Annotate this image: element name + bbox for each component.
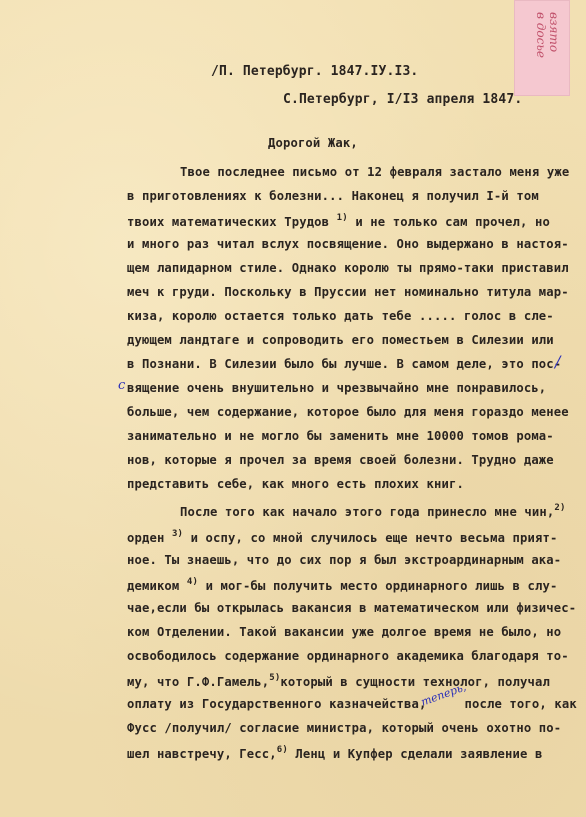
text-segment: оплату из Государственного казначейства, bbox=[127, 697, 427, 711]
text-line: вящение очень внушительно и чрезвычайно … bbox=[127, 381, 546, 395]
handwritten-correction: с bbox=[118, 378, 125, 393]
text-line: твоих математических Трудов 1) и не толь… bbox=[127, 213, 550, 229]
text-line: орден 3) и оспу, со мной случилось еще н… bbox=[127, 529, 557, 545]
footnote-ref: 4) bbox=[187, 577, 198, 587]
text-line: в приготовлениях к болезни... Наконец я … bbox=[127, 189, 539, 203]
text-segment: Ленц и Купфер сделали заявление в bbox=[295, 747, 542, 761]
text-line: нов, которые я прочел за время своей бол… bbox=[127, 453, 554, 467]
text-segment: шел навстречу, Гесс, bbox=[127, 747, 277, 761]
text-line: оплату из Государственного казначейства,… bbox=[127, 697, 577, 711]
text-line: После того как начало этого года принесл… bbox=[180, 503, 566, 519]
footnote-ref: 2) bbox=[554, 503, 565, 513]
text-line: в Познани. В Силезии было бы лучше. В са… bbox=[127, 357, 561, 371]
text-line: дующем ландтаге и сопроводить его помест… bbox=[127, 333, 554, 347]
text-line: киза, королю остается только дать тебе .… bbox=[127, 309, 554, 323]
text-segment: и оспу, со мной случилось еще нечто весь… bbox=[191, 531, 558, 545]
text-line: Фусс /получил/ согласие министра, которы… bbox=[127, 721, 561, 735]
footnote-ref: 3) bbox=[172, 529, 183, 539]
text-segment: После того как начало этого года принесл… bbox=[180, 505, 554, 519]
text-line: шел навстречу, Гесс,6) Ленц и Купфер сде… bbox=[127, 745, 542, 761]
text-line: меч к груди. Поскольку в Пруссии нет ном… bbox=[127, 285, 569, 299]
text-line: ком Отделении. Такой вакансии уже долгое… bbox=[127, 625, 561, 639]
footnote-ref: 5) bbox=[269, 673, 280, 683]
text-segment: орден bbox=[127, 531, 164, 545]
text-segment: и не только сам прочел, но bbox=[355, 215, 550, 229]
document-page: взято в досье /П. Петербург. 1847.IУ.I3.… bbox=[0, 0, 586, 817]
footnote-ref: 1) bbox=[337, 213, 348, 223]
text-segment: и мог-бы получить место ординарного лишь… bbox=[206, 579, 558, 593]
salutation: Дорогой Жак, bbox=[268, 136, 358, 150]
text-line: Твое последнее письмо от 12 февраля заст… bbox=[180, 165, 569, 179]
text-line: больше, чем содержание, которое было для… bbox=[127, 405, 569, 419]
text-segment: демиком bbox=[127, 579, 179, 593]
sticky-note-text: взято в досье bbox=[530, 12, 560, 92]
sticky-note: взято в досье bbox=[514, 0, 570, 96]
text-line: занимательно и не могло бы заменить мне … bbox=[127, 429, 554, 443]
text-line: ное. Ты знаешь, что до сих пор я был экс… bbox=[127, 553, 561, 567]
text-line: чае,если бы открылась вакансия в математ… bbox=[127, 601, 576, 615]
text-segment: который в сущности технолог, получал bbox=[280, 675, 550, 689]
text-line: демиком 4) и мог-бы получить место ордин… bbox=[127, 577, 557, 593]
text-line: и много раз читал вслух посвящение. Оно … bbox=[127, 237, 569, 251]
text-segment: му, что Г.Ф.Гамель, bbox=[127, 675, 269, 689]
text-line: представить себе, как много есть плохих … bbox=[127, 477, 464, 491]
handwritten-correction: / bbox=[555, 352, 560, 371]
archive-reference: /П. Петербург. 1847.IУ.I3. bbox=[211, 64, 418, 79]
text-line: му, что Г.Ф.Гамель,5)который в сущности … bbox=[127, 673, 550, 689]
text-line: освободилось содержание ординарного акад… bbox=[127, 649, 569, 663]
text-segment: после того, как bbox=[465, 697, 577, 711]
place-date: С.Петербург, I/I3 апреля 1847. bbox=[283, 92, 522, 107]
text-segment: твоих математических Трудов bbox=[127, 215, 329, 229]
text-line: щем лапидарном стиле. Однако королю ты п… bbox=[127, 261, 569, 275]
footnote-ref: 6) bbox=[277, 745, 288, 755]
